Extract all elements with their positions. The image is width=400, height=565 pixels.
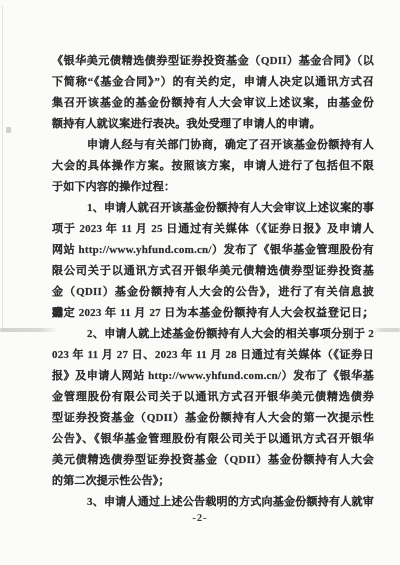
text-line: 项于 2023 年 11 月 25 日通过有关媒体（《证券日报》及申请人	[52, 219, 374, 240]
text-line: 额持有人就议案进行表决。我处受理了申请人的申请。	[52, 114, 374, 135]
text-line: 于如下内容的操作过程：	[52, 177, 374, 198]
scan-edge-artifact	[2, 6, 3, 332]
text-line: 2、申请人就上述基金份额持有人大会的相关事项分别于 2	[52, 324, 374, 345]
page-number: -2-	[0, 513, 400, 524]
text-line: 限公司关于以通讯方式召开银华美元债精选债券型证券投资基	[52, 261, 374, 282]
text-line: 报》及申请人网站 http://www.yhfund.com.cn/）发布了《银…	[52, 366, 374, 387]
document-body: 《银华美元债精选债券型证券投资基金（QDII）基金合同》（以下简称“《基金合同》…	[52, 51, 374, 513]
text-line: 1、申请人就召开该基金份额持有人大会审议上述议案的事	[52, 198, 374, 219]
text-line: 金（QDII）基金份额持有人大会的公告》，进行了有关信息披露，	[52, 282, 374, 303]
text-line: 公告》、《银华基金管理股份有限公司关于以通讯方式召开银华	[52, 429, 374, 450]
text-line: 《银华美元债精选债券型证券投资基金（QDII）基金合同》（以	[52, 51, 374, 72]
scanned-document-page: 《银华美元债精选债券型证券投资基金（QDII）基金合同》（以下简称“《基金合同》…	[0, 0, 400, 565]
text-line: 网站 http://www.yhfund.com.cn/）发布了《银华基金管理股…	[52, 240, 374, 261]
text-line: 美元债精选债券型证券投资基金（QDII）基金份额持有人大会	[52, 450, 374, 471]
text-line: 023 年 11 月 27 日、2023 年 11 月 28 日通过有关媒体（《…	[52, 345, 374, 366]
text-line: 下简称“《基金合同》”）的有关约定，申请人决定以通讯方式召	[52, 72, 374, 93]
text-line: 大会的具体操作方案。按照该方案，申请人进行了包括但不限	[52, 156, 374, 177]
text-line: 金管理股份有限公司关于以通讯方式召开银华美元债精选债券	[52, 387, 374, 408]
scan-streak-right-artifact	[374, 328, 400, 332]
text-line: 的第二次提示性公告》；	[52, 471, 374, 492]
text-line: 集召开该基金的基金份额持有人大会审议上述议案，由基金份	[52, 93, 374, 114]
text-line: 申请人经与有关部门协商，确定了召开该基金份额持有人	[52, 135, 374, 156]
text-line: 确定 2023 年 11 月 27 日为本基金份额持有人大会权益登记日；	[52, 303, 374, 324]
text-line: 3、申请人通过上述公告载明的方式向基金份额持有人就审	[52, 492, 374, 513]
scan-streak-left-artifact	[0, 328, 58, 332]
scan-speck-artifact	[6, 127, 11, 133]
text-line: 型证券投资基金（QDII）基金份额持有人大会的第一次提示性	[52, 408, 374, 429]
